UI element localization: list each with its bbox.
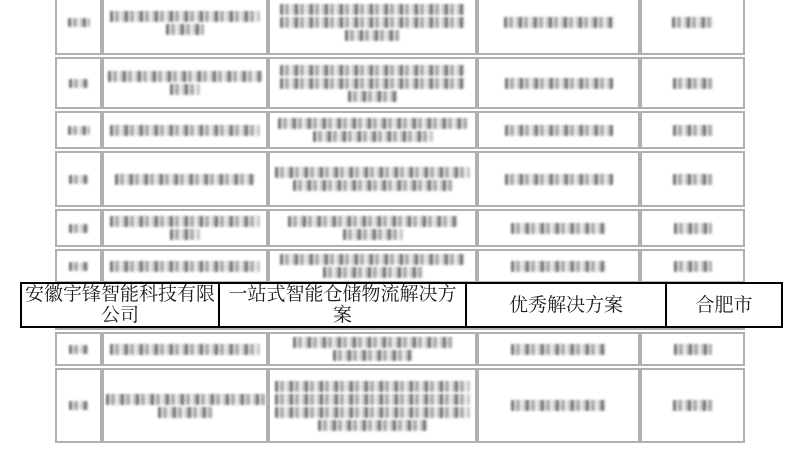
blurred-cell <box>640 151 745 207</box>
blurred-cell <box>268 209 477 247</box>
blurred-table-row <box>55 0 745 55</box>
blurred-text-line <box>166 24 204 35</box>
blurred-text-line <box>293 337 453 348</box>
blurred-cell <box>477 151 640 207</box>
blurred-text-line <box>69 175 89 184</box>
blurred-text-line <box>313 131 433 142</box>
blurred-table-row <box>55 249 745 283</box>
blurred-cell <box>55 57 102 109</box>
blurred-text-line <box>110 344 260 355</box>
blurred-cell <box>55 368 102 443</box>
blurred-cell <box>102 57 268 109</box>
background-table <box>55 0 745 445</box>
blurred-text-line <box>511 400 606 411</box>
blurred-text-line <box>110 125 260 136</box>
blurred-text-line <box>275 394 470 405</box>
blurred-cell <box>477 249 640 283</box>
blurred-cell <box>640 0 745 55</box>
blurred-cell <box>268 151 477 207</box>
blurred-text-line <box>673 174 713 185</box>
blurred-text-line <box>672 17 714 28</box>
highlighted-row: 安徽宇锋智能科技有限公司 一站式智能仓储物流解决方案 优秀解决方案 合肥市 <box>20 282 783 328</box>
company-name-cell: 安徽宇锋智能科技有限公司 <box>22 284 220 326</box>
blurred-text-line <box>68 18 90 27</box>
blurred-cell <box>268 111 477 149</box>
blurred-text-line <box>504 17 614 28</box>
blurred-text-line <box>69 79 89 88</box>
blurred-text-line <box>108 71 263 82</box>
blurred-text-line <box>293 180 453 191</box>
blurred-cell <box>477 111 640 149</box>
blurred-cell <box>55 249 102 283</box>
project-name-cell: 一站式智能仓储物流解决方案 <box>220 284 467 326</box>
blurred-cell <box>477 57 640 109</box>
blurred-cell <box>640 209 745 247</box>
blurred-cell <box>640 332 745 366</box>
blurred-text-line <box>69 224 89 233</box>
blurred-text-line <box>343 229 403 240</box>
blurred-text-line <box>674 261 712 272</box>
blurred-text-line <box>288 216 458 227</box>
blurred-text-line <box>511 344 606 355</box>
blurred-cell <box>477 0 640 55</box>
blurred-cell <box>55 0 102 55</box>
blurred-text-line <box>318 420 428 431</box>
blurred-text-line <box>280 4 465 15</box>
blurred-cell <box>477 209 640 247</box>
blurred-text-line <box>110 261 260 272</box>
blurred-text-line <box>275 381 470 392</box>
blurred-cell <box>102 249 268 283</box>
blurred-text-line <box>674 223 712 234</box>
blurred-table-row <box>55 111 745 149</box>
blurred-text-line <box>280 78 465 89</box>
blurred-cell <box>102 151 268 207</box>
award-category-cell: 优秀解决方案 <box>467 284 667 326</box>
blurred-cell <box>55 111 102 149</box>
blurred-cell <box>268 249 477 283</box>
blurred-cell <box>268 0 477 55</box>
blurred-cell <box>102 209 268 247</box>
blurred-cell <box>640 111 745 149</box>
blurred-text-line <box>275 167 470 178</box>
blurred-text-line <box>115 174 255 185</box>
blurred-text-line <box>323 267 423 278</box>
blurred-text-line <box>673 125 713 136</box>
blurred-table-row <box>55 368 745 443</box>
blurred-cell <box>102 0 268 55</box>
blurred-cell <box>268 332 477 366</box>
blurred-table-row <box>55 57 745 109</box>
blurred-cell <box>640 249 745 283</box>
blurred-text-line <box>275 407 470 418</box>
blurred-text-line <box>110 216 260 227</box>
blurred-text-line <box>69 401 89 410</box>
blurred-table-row <box>55 209 745 247</box>
blurred-text-line <box>158 407 213 418</box>
blurred-cell <box>102 368 268 443</box>
blurred-text-line <box>170 229 200 240</box>
blurred-cell <box>55 332 102 366</box>
blurred-text-line <box>511 223 606 234</box>
blurred-cell <box>477 368 640 443</box>
blurred-text-line <box>110 11 260 22</box>
blurred-text-line <box>505 125 613 136</box>
blurred-text-line <box>106 394 266 405</box>
blurred-cell <box>55 209 102 247</box>
blurred-cell <box>102 332 268 366</box>
blurred-text-line <box>278 118 468 129</box>
city-cell: 合肥市 <box>667 284 781 326</box>
blurred-text-line <box>673 78 713 89</box>
document-page: 安徽宇锋智能科技有限公司 一站式智能仓储物流解决方案 优秀解决方案 合肥市 <box>0 0 800 449</box>
blurred-cell <box>268 57 477 109</box>
blurred-text-line <box>348 91 398 102</box>
blurred-text-line <box>511 261 606 272</box>
blurred-text-line <box>333 350 413 361</box>
blurred-text-line <box>345 30 400 41</box>
blurred-text-line <box>280 17 465 28</box>
blurred-table-row <box>55 151 745 207</box>
blurred-text-line <box>280 254 465 265</box>
blurred-cell <box>55 151 102 207</box>
blurred-cell <box>640 57 745 109</box>
blurred-text-line <box>170 84 200 95</box>
blurred-text-line <box>674 344 712 355</box>
blurred-text-line <box>68 126 90 135</box>
blurred-text-line <box>280 65 465 76</box>
blurred-text-line <box>69 262 89 271</box>
blurred-cell <box>477 332 640 366</box>
blurred-text-line <box>673 400 713 411</box>
blurred-cell <box>102 111 268 149</box>
blurred-text-line <box>69 345 89 354</box>
blurred-cell <box>268 368 477 443</box>
blurred-text-line <box>505 174 613 185</box>
blurred-table-row <box>55 332 745 366</box>
blurred-text-line <box>505 78 613 89</box>
blurred-cell <box>640 368 745 443</box>
